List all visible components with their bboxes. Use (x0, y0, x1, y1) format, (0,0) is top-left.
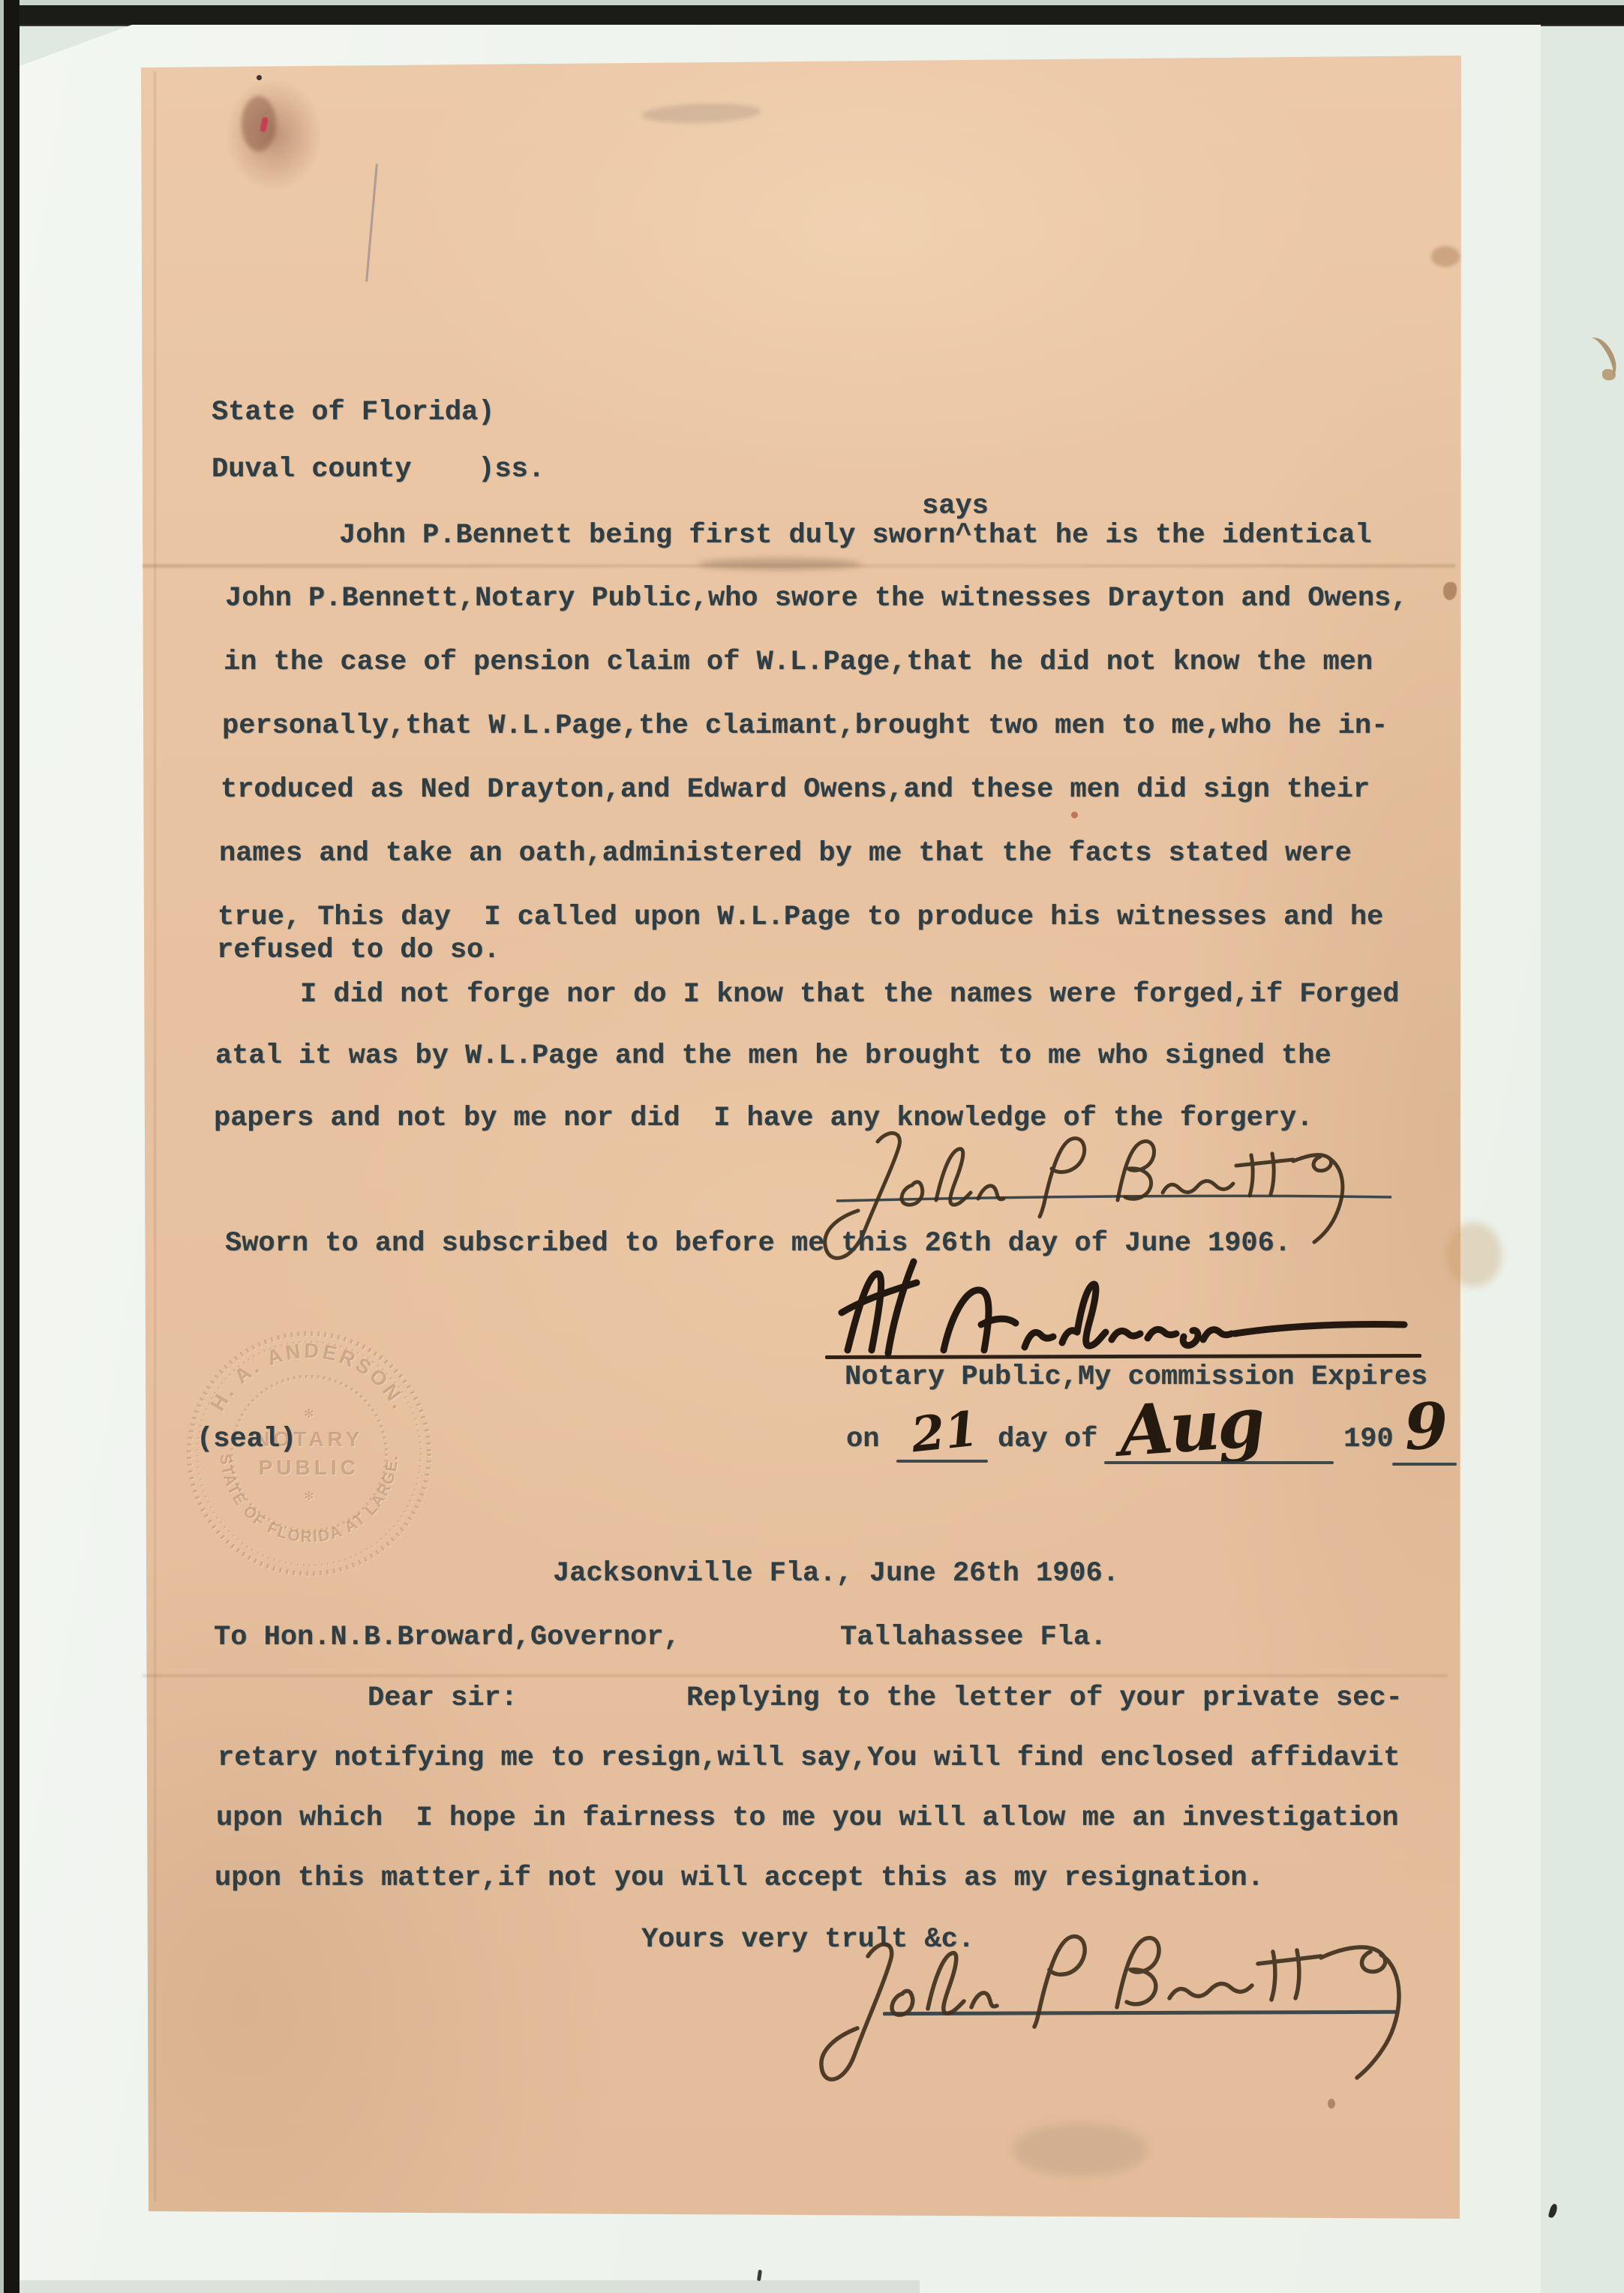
commission-year-handwritten: 9 (1402, 1388, 1450, 1465)
letter-dateline: Jacksonville Fla., June 26th 1906. (553, 1556, 1119, 1591)
scanned-document-page: State of Florida) Duval county )ss. says… (0, 0, 1624, 2293)
affidavit-line: troduced as Ned Drayton,and Edward Owens… (221, 773, 1370, 807)
venue-line-1: State of Florida) (212, 395, 494, 430)
affidavit-line: names and take an oath,administered by m… (219, 836, 1352, 871)
letter-line: Replying to the letter of your private s… (686, 1681, 1403, 1715)
commission-month-underline (1104, 1461, 1334, 1464)
letter-salutation: Dear sir: (368, 1681, 518, 1715)
ink-comma-on-sheet (1548, 2203, 1559, 2219)
affidavit-line: personally,that W.L.Page,the claimant,br… (222, 709, 1388, 743)
venue-line-2: Duval county )ss. (212, 452, 545, 487)
letter-line: upon this matter,if not you will accept … (215, 1861, 1264, 1895)
scanner-left-band (4, 0, 20, 2293)
commission-day-handwritten: 21 (908, 1401, 980, 1464)
scanner-top-edge (0, 0, 1624, 5)
affidavit-line: John P.Bennett being first duly sworn^th… (339, 518, 1372, 553)
affidavit-line: true, This day I called upon W.L.Page to… (218, 900, 1383, 935)
commission-day-underline (896, 1460, 988, 1463)
commission-middle: day of (998, 1422, 1097, 1457)
paper-chip-right-edge (1602, 369, 1616, 380)
seal-ornament-top: ✻ (304, 1408, 314, 1421)
svg-text:H. A. ANDERSON.: H. A. ANDERSON. (206, 1340, 412, 1415)
commission-month-handwritten: Aug (1116, 1381, 1265, 1472)
affidavit-line: John P.Bennett,Notary Public,who swore t… (225, 581, 1407, 616)
affidavit-line: refused to do so. (217, 933, 500, 968)
letter-line: retary notifying me to resign,will say,Y… (218, 1741, 1400, 1775)
letter-recipient: To Hon.N.B.Broward,Governor, (214, 1620, 680, 1655)
anderson-signature (818, 1251, 1433, 1371)
seal-center-line2: PUBLIC (259, 1456, 359, 1479)
sheet-bottom-shade (20, 2280, 920, 2293)
letter-line: upon which I hope in fairness to me you … (216, 1801, 1398, 1835)
commission-year-underline (1392, 1463, 1457, 1466)
seal-ornament-bottom: ✻ (304, 1490, 314, 1503)
affidavit-line: in the case of pension claim of W.L.Page… (224, 645, 1373, 680)
commission-prefix: on (846, 1422, 879, 1457)
seal-note: (seal) (197, 1422, 296, 1457)
scanner-dark-band (20, 5, 1624, 26)
paper-curl-right-edge (1580, 333, 1622, 383)
bennett-signature-letter (814, 1917, 1436, 2105)
affidavit-line: atal it was by W.L.Page and the men he b… (215, 1039, 1331, 1073)
affidavit-line: I did not forge nor do I know that the n… (300, 977, 1399, 1012)
commission-year-typed: 190 (1343, 1422, 1394, 1457)
letter-recipient-place: Tallahassee Fla. (840, 1620, 1106, 1655)
seal-arc-top-text: H. A. ANDERSON. (206, 1340, 412, 1415)
